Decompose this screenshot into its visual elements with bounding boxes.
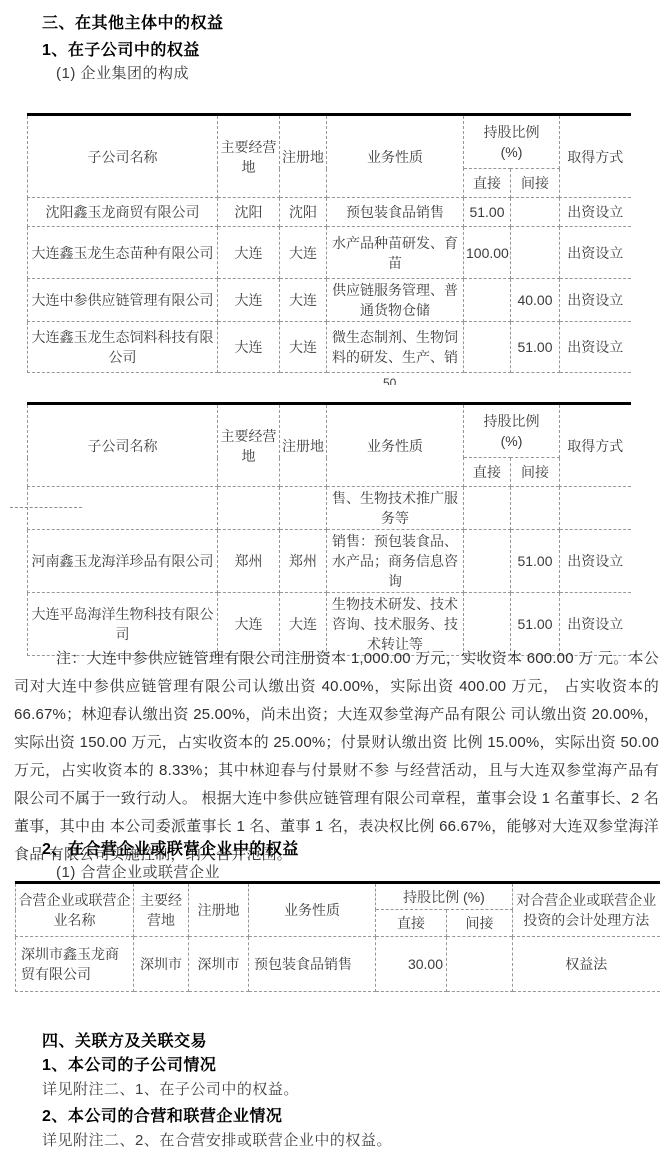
column-header-reg: 注册地 xyxy=(280,115,327,198)
cell-method xyxy=(560,487,631,530)
sub1-heading: 1、在子公司中的权益 xyxy=(42,37,200,60)
cell-name: 大连中参供应链管理有限公司 xyxy=(28,279,218,322)
s4-sub1-heading: 1、本公司的子公司情况 xyxy=(42,1052,216,1075)
cell-method: 出资设立 xyxy=(560,279,631,322)
cell-reg xyxy=(280,487,327,530)
section4-heading: 四、关联方及关联交易 xyxy=(42,1028,207,1051)
cell-indirect xyxy=(511,198,560,227)
column-header-name: 子公司名称 xyxy=(28,404,218,487)
column-header-direct: 直接 xyxy=(376,910,447,937)
stray-dash-line xyxy=(10,507,82,508)
cell-method: 出资设立 xyxy=(560,530,631,593)
joint-venture-table: 合营企业或联营企业名称 主要经营地 注册地 业务性质 持股比例 (%) 对合营企… xyxy=(15,881,660,992)
cell-direct xyxy=(464,279,511,322)
cell-indirect: 51.00 xyxy=(511,322,560,373)
section3-heading: 三、在其他主体中的权益 xyxy=(42,10,224,33)
column-header-direct: 直接 xyxy=(464,458,511,487)
column-header-ratio: 持股比例 (%) xyxy=(464,404,560,458)
column-header-business: 业务性质 xyxy=(327,404,464,487)
cell-business: 供应链服务管理、普通货物仓储 xyxy=(327,279,464,322)
cell-business: 售、生物技术推广服务等 xyxy=(327,487,464,530)
cell-method: 出资设立 xyxy=(560,322,631,373)
table-header-row: 子公司名称 主要经营地 注册地 业务性质 持股比例 (%) 取得方式 xyxy=(28,115,631,169)
cell-place: 沈阳 xyxy=(218,198,280,227)
column-header-indirect: 间接 xyxy=(511,169,560,198)
column-header-method: 对合营企业或联营企业投资的会计处理方法 xyxy=(513,883,660,937)
cell-method: 权益法 xyxy=(513,937,660,992)
column-header-indirect: 间接 xyxy=(511,458,560,487)
cell-method: 出资设立 xyxy=(560,198,631,227)
cell-reg: 沈阳 xyxy=(280,198,327,227)
cell-direct: 30.00 xyxy=(376,937,447,992)
column-header-indirect: 间接 xyxy=(447,910,513,937)
item1-label: (1) 企业集团的构成 xyxy=(56,62,189,83)
cell-direct xyxy=(464,530,511,593)
cell-name: 河南鑫玉龙海洋珍品有限公司 xyxy=(28,530,218,593)
cell-method: 出资设立 xyxy=(560,227,631,279)
subsidiaries-table-1: 子公司名称 主要经营地 注册地 业务性质 持股比例 (%) 取得方式 直接 间接… xyxy=(27,113,631,373)
cell-name: 大连鑫玉龙生态饲料科技有限公司 xyxy=(28,322,218,373)
cell-reg: 大连 xyxy=(280,279,327,322)
column-header-place: 主要经营地 xyxy=(218,404,280,487)
cell-reg: 郑州 xyxy=(280,530,327,593)
cell-business: 预包装食品销售 xyxy=(249,937,376,992)
cell-indirect xyxy=(447,937,513,992)
table-header-row: 子公司名称 主要经营地 注册地 业务性质 持股比例 (%) 取得方式 xyxy=(28,404,631,458)
column-header-direct: 直接 xyxy=(464,169,511,198)
cell-place: 深圳市 xyxy=(134,937,189,992)
column-header-ratio: 持股比例 (%) xyxy=(464,115,560,169)
report-page: 三、在其他主体中的权益 1、在子公司中的权益 (1) 企业集团的构成 子公司名称… xyxy=(0,0,671,1158)
s4-sub2-text: 详见附注二、2、在合营安排或联营企业中的权益。 xyxy=(42,1129,392,1150)
column-header-ratio: 持股比例 (%) xyxy=(376,883,513,910)
table-row: 深圳市鑫玉龙商贸有限公司 深圳市 深圳市 预包装食品销售 30.00 权益法 xyxy=(16,937,660,992)
cell-reg: 大连 xyxy=(280,322,327,373)
item2-label: (1) 合营企业或联营企业 xyxy=(56,861,220,882)
column-header-name: 合营企业或联营企业名称 xyxy=(16,883,134,937)
cell-place: 大连 xyxy=(218,279,280,322)
page-number: 50 xyxy=(383,376,396,385)
s4-sub1-text: 详见附注二、1、在子公司中的权益。 xyxy=(42,1078,299,1099)
column-header-business: 业务性质 xyxy=(327,115,464,198)
table-row: 河南鑫玉龙海洋珍品有限公司 郑州 郑州 销售：预包装食品、水产品；商务信息咨询 … xyxy=(28,530,631,593)
cell-direct xyxy=(464,322,511,373)
cell-name: 沈阳鑫玉龙商贸有限公司 xyxy=(28,198,218,227)
table-row: 大连鑫玉龙生态苗种有限公司 大连 大连 水产品种苗研发、育苗 100.00 出资… xyxy=(28,227,631,279)
cell-business: 微生态制剂、生物饲料的研发、生产、销 xyxy=(327,322,464,373)
cell-reg: 大连 xyxy=(280,227,327,279)
table-header-row: 合营企业或联营企业名称 主要经营地 注册地 业务性质 持股比例 (%) 对合营企… xyxy=(16,883,660,910)
column-header-place: 主要经营地 xyxy=(218,115,280,198)
cell-indirect xyxy=(511,227,560,279)
column-header-business: 业务性质 xyxy=(249,883,376,937)
cell-place: 郑州 xyxy=(218,530,280,593)
column-header-name: 子公司名称 xyxy=(28,115,218,198)
sub2-heading: 2、在合营企业或联营企业中的权益 xyxy=(42,836,299,859)
table-row: 大连中参供应链管理有限公司 大连 大连 供应链服务管理、普通货物仓储 40.00… xyxy=(28,279,631,322)
s4-sub2-heading: 2、本公司的合营和联营企业情况 xyxy=(42,1103,282,1126)
column-header-reg: 注册地 xyxy=(280,404,327,487)
cell-place: 大连 xyxy=(218,227,280,279)
cell-indirect: 51.00 xyxy=(511,530,560,593)
cell-direct xyxy=(464,487,511,530)
cell-name: 大连鑫玉龙生态苗种有限公司 xyxy=(28,227,218,279)
table-row: 大连鑫玉龙生态饲料科技有限公司 大连 大连 微生态制剂、生物饲料的研发、生产、销… xyxy=(28,322,631,373)
cell-business: 销售：预包装食品、水产品；商务信息咨询 xyxy=(327,530,464,593)
cell-indirect: 40.00 xyxy=(511,279,560,322)
cell-business: 水产品种苗研发、育苗 xyxy=(327,227,464,279)
cell-name xyxy=(28,487,218,530)
cell-reg: 深圳市 xyxy=(189,937,249,992)
cell-indirect xyxy=(511,487,560,530)
column-header-method: 取得方式 xyxy=(560,404,631,487)
cell-name: 深圳市鑫玉龙商贸有限公司 xyxy=(16,937,134,992)
table-row: 沈阳鑫玉龙商贸有限公司 沈阳 沈阳 预包装食品销售 51.00 出资设立 xyxy=(28,198,631,227)
cell-direct: 100.00 xyxy=(464,227,511,279)
cell-place: 大连 xyxy=(218,322,280,373)
cell-place xyxy=(218,487,280,530)
column-header-place: 主要经营地 xyxy=(134,883,189,937)
subsidiaries-table-2: 子公司名称 主要经营地 注册地 业务性质 持股比例 (%) 取得方式 直接 间接… xyxy=(27,402,631,656)
column-header-reg: 注册地 xyxy=(189,883,249,937)
cell-business: 预包装食品销售 xyxy=(327,198,464,227)
column-header-method: 取得方式 xyxy=(560,115,631,198)
cell-direct: 51.00 xyxy=(464,198,511,227)
table-row: 售、生物技术推广服务等 xyxy=(28,487,631,530)
